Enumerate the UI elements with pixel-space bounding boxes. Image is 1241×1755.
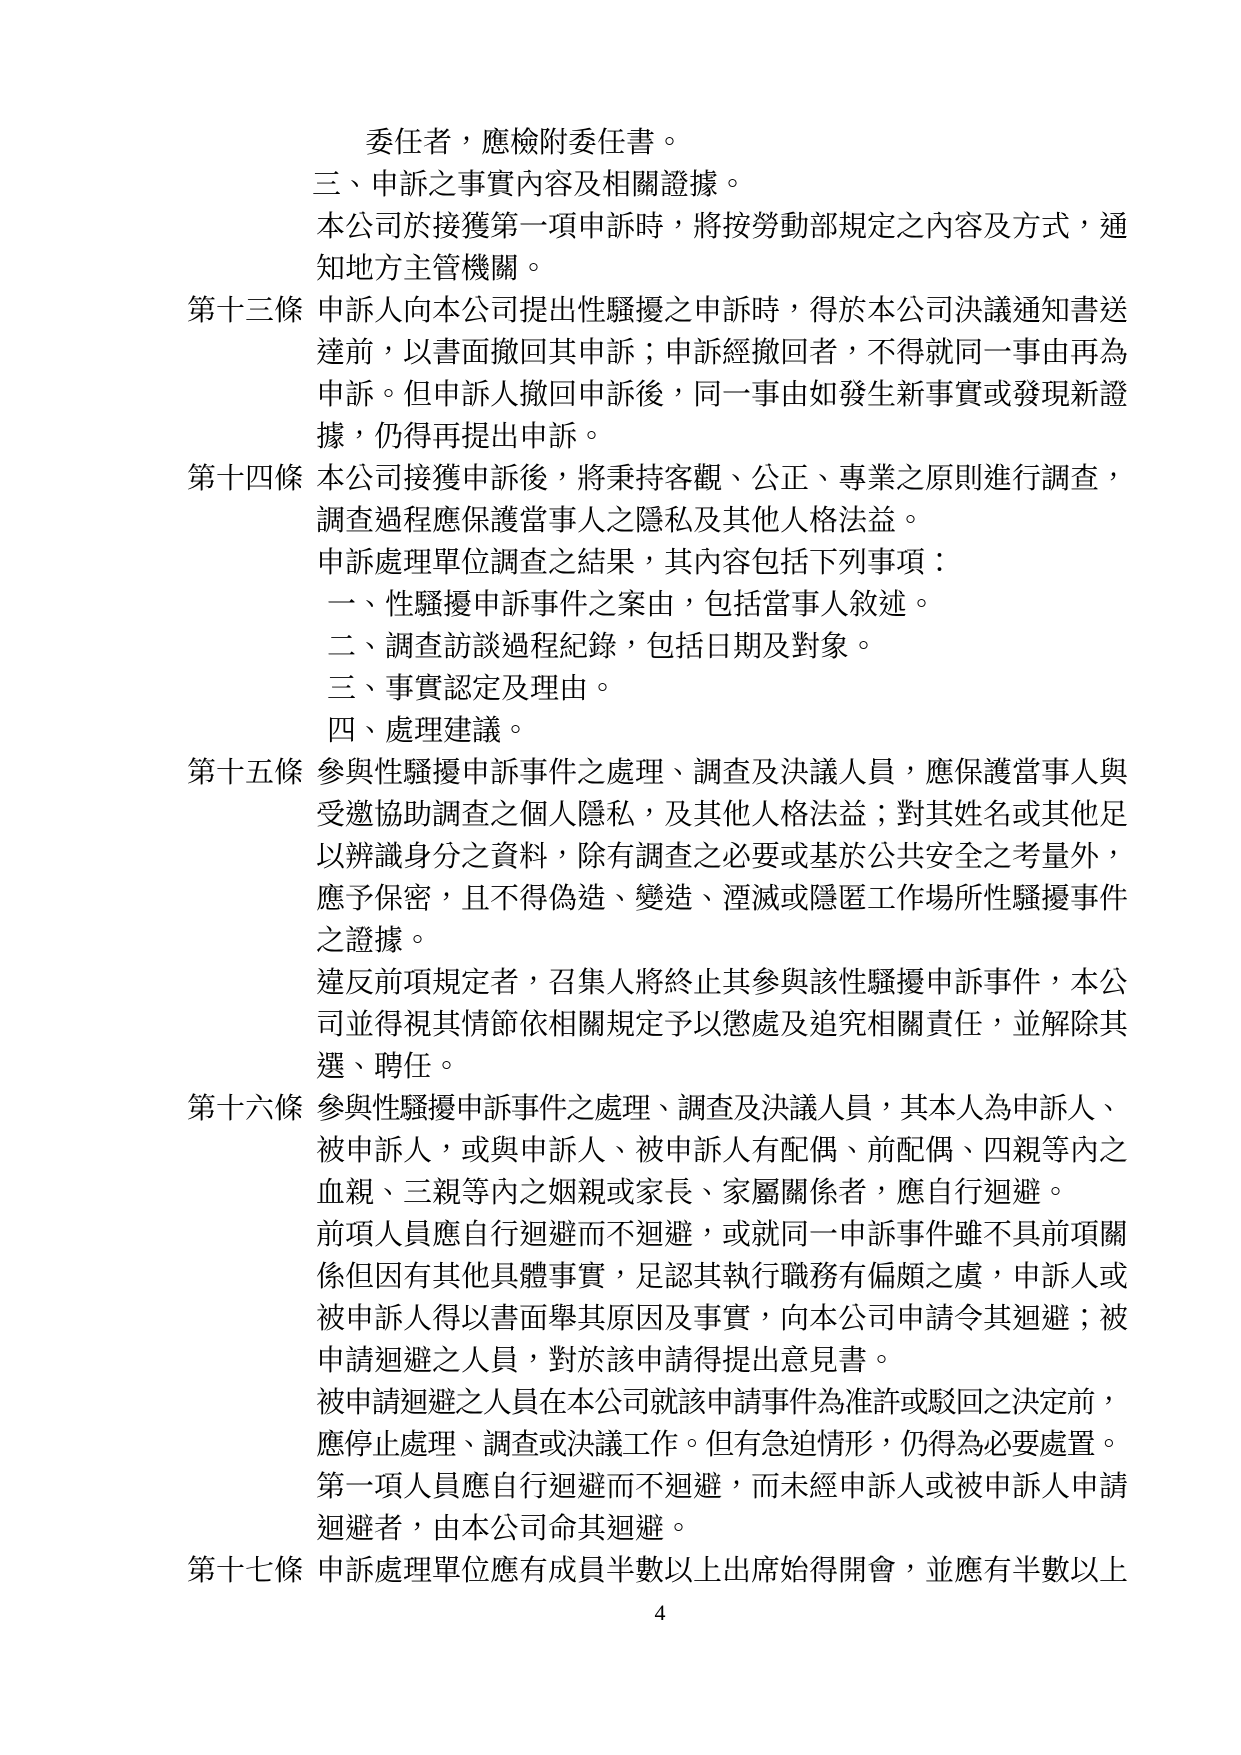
article-line: 前項人員應自行迴避而不迴避，或就同一申訴事件雖不具前項關 xyxy=(0,1213,1241,1255)
line-text: 申請迴避之人員，對於該申請得提出意見書。 xyxy=(316,1343,896,1377)
article-line: 申訴處理單位調查之結果，其內容包括下列事項： xyxy=(0,541,1241,583)
line-text: 據，仍得再提出申訴。 xyxy=(316,419,606,453)
article-line: 達前，以書面撤回其申訴；申訴經撤回者，不得就同一事由再為 xyxy=(0,331,1241,373)
article-line: 迴避者，由本公司命其迴避。 xyxy=(0,1507,1241,1549)
page-content: 委任者，應檢附委任書。三、申訴之事實內容及相關證據。本公司於接獲第一項申訴時，將… xyxy=(0,121,1241,1591)
article-line: 以辨識身分之資料，除有調查之必要或基於公共安全之考量外， xyxy=(0,835,1241,877)
line-text: 本公司接獲申訴後，將秉持客觀、公正、專業之原則進行調查， xyxy=(316,461,1128,495)
article-number: 第十五條 xyxy=(187,751,303,793)
article-line: 應予保密，且不得偽造、變造、湮滅或隱匿工作場所性騷擾事件 xyxy=(0,877,1241,919)
line-text: 之證據。 xyxy=(316,923,432,957)
line-text: 申訴處理單位調查之結果，其內容包括下列事項： xyxy=(316,545,954,579)
article-number: 第十三條 xyxy=(187,289,303,331)
text-line: 知地方主管機關。 xyxy=(0,247,1241,289)
line-text: 本公司於接獲第一項申訴時，將按勞動部規定之內容及方式，通 xyxy=(316,209,1128,243)
line-text: 以辨識身分之資料，除有調查之必要或基於公共安全之考量外， xyxy=(316,839,1128,873)
article-number: 第十四條 xyxy=(187,457,303,499)
line-text: 三、事實認定及理由。 xyxy=(327,671,617,705)
article-line: 係但因有其他具體事實，足認其執行職務有偏頗之虞，申訴人或 xyxy=(0,1255,1241,1297)
article-line: 應停止處理、調查或決議工作。但有急迫情形，仍得為必要處置。 xyxy=(0,1423,1241,1465)
article-line: 申請迴避之人員，對於該申請得提出意見書。 xyxy=(0,1339,1241,1381)
article-number: 第十七條 xyxy=(187,1549,303,1591)
line-text: 參與性騷擾申訴事件之處理、調查及決議人員，其本人為申訴人、 xyxy=(316,1091,1122,1125)
line-text: 四、處理建議。 xyxy=(327,713,530,747)
article-line: 之證據。 xyxy=(0,919,1241,961)
line-text: 一、性騷擾申訴事件之案由，包括當事人敘述。 xyxy=(327,587,936,621)
article-line: 第十七條申訴處理單位應有成員半數以上出席始得開會，並應有半數以上 xyxy=(0,1549,1241,1591)
line-text: 迴避者，由本公司命其迴避。 xyxy=(316,1511,693,1545)
article-line: 第十六條參與性騷擾申訴事件之處理、調查及決議人員，其本人為申訴人、 xyxy=(0,1087,1241,1129)
text-line: 三、事實認定及理由。 xyxy=(0,667,1241,709)
line-text: 前項人員應自行迴避而不迴避，或就同一申訴事件雖不具前項關 xyxy=(316,1217,1128,1251)
article-line: 第十三條申訴人向本公司提出性騷擾之申訴時，得於本公司決議通知書送 xyxy=(0,289,1241,331)
article-line: 第十五條參與性騷擾申訴事件之處理、調查及決議人員，應保護當事人與 xyxy=(0,751,1241,793)
article-line: 違反前項規定者，召集人將終止其參與該性騷擾申訴事件，本公 xyxy=(0,961,1241,1003)
text-line: 一、性騷擾申訴事件之案由，包括當事人敘述。 xyxy=(0,583,1241,625)
line-text: 申訴處理單位應有成員半數以上出席始得開會，並應有半數以上 xyxy=(316,1553,1128,1587)
line-text: 第一項人員應自行迴避而不迴避，而未經申訴人或被申訴人申請 xyxy=(316,1469,1128,1503)
article-line: 血親、三親等內之姻親或家長、家屬關係者，應自行迴避。 xyxy=(0,1171,1241,1213)
article-line: 申訴。但申訴人撤回申訴後，同一事由如發生新事實或發現新證 xyxy=(0,373,1241,415)
line-text: 申訴。但申訴人撤回申訴後，同一事由如發生新事實或發現新證 xyxy=(316,377,1128,411)
article-line: 選、聘任。 xyxy=(0,1045,1241,1087)
text-line: 四、處理建議。 xyxy=(0,709,1241,751)
line-text: 二、調查訪談過程紀錄，包括日期及對象。 xyxy=(327,629,878,663)
text-line: 二、調查訪談過程紀錄，包括日期及對象。 xyxy=(0,625,1241,667)
line-text: 參與性騷擾申訴事件之處理、調查及決議人員，應保護當事人與 xyxy=(316,755,1128,789)
line-text: 選、聘任。 xyxy=(316,1049,461,1083)
text-line: 本公司於接獲第一項申訴時，將按勞動部規定之內容及方式，通 xyxy=(0,205,1241,247)
line-text: 應停止處理、調查或決議工作。但有急迫情形，仍得為必要處置。 xyxy=(316,1427,1122,1461)
article-line: 第一項人員應自行迴避而不迴避，而未經申訴人或被申訴人申請 xyxy=(0,1465,1241,1507)
line-text: 申訴人向本公司提出性騷擾之申訴時，得於本公司決議通知書送 xyxy=(316,293,1128,327)
line-text: 被申訴人得以書面舉其原因及事實，向本公司申請令其迴避；被 xyxy=(316,1301,1128,1335)
article-line: 被申請迴避之人員在本公司就該申請事件為准許或駁回之決定前， xyxy=(0,1381,1241,1423)
line-text: 三、申訴之事實內容及相關證據。 xyxy=(312,167,747,201)
line-text: 司並得視其情節依相關規定予以懲處及追究相關責任，並解除其 xyxy=(316,1007,1128,1041)
line-text: 係但因有其他具體事實，足認其執行職務有偏頗之虞，申訴人或 xyxy=(316,1259,1128,1293)
line-text: 違反前項規定者，召集人將終止其參與該性騷擾申訴事件，本公 xyxy=(316,965,1128,999)
line-text: 調查過程應保護當事人之隱私及其他人格法益。 xyxy=(316,503,925,537)
line-text: 知地方主管機關。 xyxy=(316,251,548,285)
article-line: 司並得視其情節依相關規定予以懲處及追究相關責任，並解除其 xyxy=(0,1003,1241,1045)
line-text: 受邀協助調查之個人隱私，及其他人格法益；對其姓名或其他足 xyxy=(316,797,1128,831)
line-text: 達前，以書面撤回其申訴；申訴經撤回者，不得就同一事由再為 xyxy=(316,335,1128,369)
article-line: 調查過程應保護當事人之隱私及其他人格法益。 xyxy=(0,499,1241,541)
article-line: 被申訴人得以書面舉其原因及事實，向本公司申請令其迴避；被 xyxy=(0,1297,1241,1339)
article-number: 第十六條 xyxy=(187,1087,303,1129)
line-text: 血親、三親等內之姻親或家長、家屬關係者，應自行迴避。 xyxy=(316,1175,1070,1209)
article-line: 據，仍得再提出申訴。 xyxy=(0,415,1241,457)
text-line: 三、申訴之事實內容及相關證據。 xyxy=(0,163,1241,205)
article-line: 第十四條本公司接獲申訴後，將秉持客觀、公正、專業之原則進行調查， xyxy=(0,457,1241,499)
document-page: 委任者，應檢附委任書。三、申訴之事實內容及相關證據。本公司於接獲第一項申訴時，將… xyxy=(0,0,1241,1755)
line-text: 被申訴人，或與申訴人、被申訴人有配偶、前配偶、四親等內之 xyxy=(316,1133,1128,1167)
line-text: 被申請迴避之人員在本公司就該申請事件為准許或駁回之決定前， xyxy=(316,1385,1122,1419)
article-line: 被申訴人，或與申訴人、被申訴人有配偶、前配偶、四親等內之 xyxy=(0,1129,1241,1171)
page-number: 4 xyxy=(640,1599,680,1627)
article-line: 受邀協助調查之個人隱私，及其他人格法益；對其姓名或其他足 xyxy=(0,793,1241,835)
line-text: 委任者，應檢附委任書。 xyxy=(365,125,684,159)
line-text: 應予保密，且不得偽造、變造、湮滅或隱匿工作場所性騷擾事件 xyxy=(316,881,1128,915)
text-line: 委任者，應檢附委任書。 xyxy=(0,121,1241,163)
